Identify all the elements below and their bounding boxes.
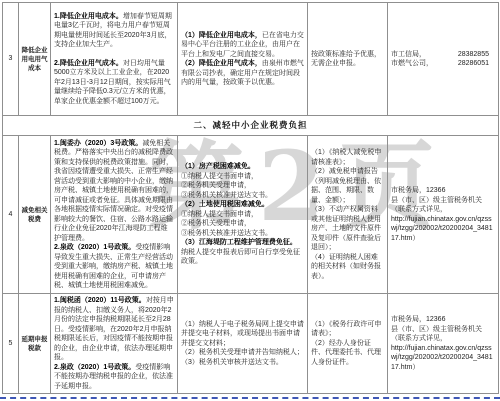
row3-materials-cell: 按政策标准给予优惠，无需企业申报。 bbox=[308, 3, 388, 116]
procedure-item: （1）房产税困难减免。①纳税人提交书面申请， ②税务机关受理申请， ③税务机关核… bbox=[181, 162, 304, 200]
materials-text: （1）《税务行政许可申请表》； （2）经办人身份证件、代理委托书、代理人身份证件… bbox=[311, 320, 384, 368]
row4-category-cell: 减免相关税费 bbox=[19, 136, 51, 294]
materials-text: 按政策标准给予优惠，无需企业申报。 bbox=[311, 50, 384, 69]
procedure-lead: （3）江海堤防工程维护管理费免征。 bbox=[181, 238, 304, 248]
policy-lead: 1.降低企业用电成本。 bbox=[54, 13, 123, 20]
policy-table: 3 降低企业用电用气成本 1.降低企业用电成本。增加春节短周期电量3亿千瓦时，将… bbox=[2, 2, 499, 394]
policy-lead: 2.泉政（2020）1号政策。 bbox=[54, 244, 135, 251]
contact-phone: 28286051 bbox=[458, 59, 489, 69]
contact-line: 市工信局， 28382855 bbox=[391, 50, 495, 60]
policy-paragraph: 1.闽税函（2020）11号政策。对按月申报的纳税人、扣缴义务人，将2020年2… bbox=[54, 296, 174, 363]
row-number: 3 bbox=[9, 54, 13, 64]
row3-procedure-cell: （1）降低企业用电成本，已在省电力交易中心平台注册的工业企业，由用户在平台上和发… bbox=[178, 3, 308, 116]
procedure-lead: （2）土地使用税困难减免。 bbox=[181, 200, 304, 210]
policy-lead: 1.闽委办（2020）3号政策。 bbox=[54, 140, 142, 147]
row4-materials-cell: （1）《纳税人减免税申请核准表》； （2）减免税申请报告（列明减免税理由、依据、… bbox=[308, 136, 388, 294]
row3-policy-cell: 1.降低企业用电成本。增加春节短周期电量3亿千瓦时，将电力用户春节短周期电量使用… bbox=[51, 3, 178, 116]
contact-text: 市税务局，12366 县（市、区）级主管税务机关（联系方式详见， http://… bbox=[391, 186, 495, 243]
policy-lead: 1.闽税函（2020）11号政策。 bbox=[54, 297, 146, 304]
contact-phone: 28382855 bbox=[458, 50, 489, 60]
policy-paragraph: 2.泉政（2020）1号政策。受疫情影响不能按期办理纳税申报的企业，依法准予延期… bbox=[54, 363, 174, 392]
contact-line: 市燃气公司， 28286051 bbox=[391, 59, 495, 69]
row4-procedure-cell: （1）房产税困难减免。①纳税人提交书面申请， ②税务机关受理申请， ③税务机关核… bbox=[178, 136, 308, 294]
procedure-text: （1）纳税人于电子税务局网上提交申请并提交电子材料，或现场提出书面申请并提交文材… bbox=[181, 320, 304, 368]
page-break-dashed-line bbox=[0, 397, 500, 399]
procedure-lead: （2）降低企业用气成本， bbox=[181, 60, 262, 67]
row5-procedure-cell: （1）纳税人于电子税务局网上提交申请并提交电子材料，或现场提出书面申请并提交文材… bbox=[178, 294, 308, 394]
policy-text: 减免相关税费。严格落实中央出台的减税降费政策和支持保供的税费政策措施。同时，我省… bbox=[54, 140, 173, 242]
policy-lead: 2.降低企业用气成本。 bbox=[54, 60, 123, 67]
row3-category-cell: 降低企业用电用气成本 bbox=[19, 3, 51, 116]
document-page: 第2页 3 降低企业用电用气成本 1.降低企业用电成本。增加春节短周期电量3亿千… bbox=[0, 0, 500, 401]
procedure-text: ①纳税人提交书面申请， ②税务机关受理申请， ③税务机关核准并送达文书。 bbox=[181, 173, 272, 199]
procedure-item: （2）降低企业用气成本，由泉州市燃气有限公司抄表，确定用户在规定时间段内的用气量… bbox=[181, 59, 304, 88]
row5-contact-cell: 市税务局，12366 县（市、区）级主管税务机关（联系方式详见， http://… bbox=[388, 294, 499, 394]
procedure-item: （2）土地使用税困难减免。①纳税人提交书面申请， ②税务机关受理申请， ③税务机… bbox=[181, 200, 304, 238]
contact-label: 市燃气公司， bbox=[391, 59, 433, 69]
procedure-item: （3）江海堤防工程维护管理费免征。纳税人提交申报表后即可自行享受免征政策。 bbox=[181, 238, 304, 267]
policy-paragraph: 2.降低企业用气成本。对日均用气量5000立方米及以上工业企业，在2020年2月… bbox=[54, 59, 174, 107]
section-header: 二、减轻中小企业税费负担 bbox=[3, 116, 499, 136]
row4-contact-cell: 市税务局，12366 县（市、区）级主管税务机关（联系方式详见， http://… bbox=[388, 136, 499, 294]
category-label: 减免相关税费 bbox=[21, 206, 48, 224]
row5-category-cell: 延期申报税款 bbox=[19, 294, 51, 394]
policy-paragraph: 1.降低企业用电成本。增加春节短周期电量3亿千瓦时，将电力用户春节短周期电量使用… bbox=[54, 12, 174, 50]
procedure-item: （1）降低企业用电成本，已在省电力交易中心平台注册的工业企业，由用户在平台上和发… bbox=[181, 31, 304, 60]
row3-contact-cell: 市工信局， 28382855 市燃气公司， 28286051 bbox=[388, 3, 499, 116]
procedure-lead: （1）降低企业用电成本， bbox=[181, 32, 262, 39]
row4-number-cell: 4 bbox=[3, 136, 19, 294]
row5-policy-cell: 1.闽税函（2020）11号政策。对按月申报的纳税人、扣缴义务人，将2020年2… bbox=[51, 294, 178, 394]
row-number: 4 bbox=[9, 210, 13, 220]
materials-text: （1）《纳税人减免税申请核准表》； （2）减免税申请报告（列明减免税理由、依据、… bbox=[311, 148, 384, 281]
row5-materials-cell: （1）《税务行政许可申请表》； （2）经办人身份证件、代理委托书、代理人身份证件… bbox=[308, 294, 388, 394]
row-number: 5 bbox=[9, 339, 13, 349]
row5-number-cell: 5 bbox=[3, 294, 19, 394]
contact-text: 市税务局，12366 县（市、区）级主管税务机关（联系方式详见， http://… bbox=[391, 315, 495, 372]
policy-lead: 2.泉政（2020）1号政策。 bbox=[54, 364, 135, 371]
category-label: 延期申报税款 bbox=[21, 335, 48, 353]
policy-paragraph: 1.闽委办（2020）3号政策。减免相关税费。严格落实中央出台的减税降费政策和支… bbox=[54, 139, 174, 244]
category-label: 降低企业用电用气成本 bbox=[21, 46, 48, 73]
row4-policy-cell: 1.闽委办（2020）3号政策。减免相关税费。严格落实中央出台的减税降费政策和支… bbox=[51, 136, 178, 294]
row3-number-cell: 3 bbox=[3, 3, 19, 116]
procedure-text: ①纳税人提交书面申请， ②税务机关受理申请， ③税务机关核准并送达文书。 bbox=[181, 211, 272, 237]
policy-paragraph: 2.泉政（2020）1号政策。受疫情影响导致发生重大损失、正常生产经营活动受到重… bbox=[54, 243, 174, 291]
policy-text: 对按月申报的纳税人、扣缴义务人，将2020年2月份的法定申报纳税期限延长至2月2… bbox=[54, 297, 174, 361]
procedure-text: 纳税人提交申报表后即可自行享受免征政策。 bbox=[181, 249, 300, 266]
contact-label: 市工信局， bbox=[391, 50, 426, 60]
procedure-lead: （1）房产税困难减免。 bbox=[181, 162, 304, 172]
